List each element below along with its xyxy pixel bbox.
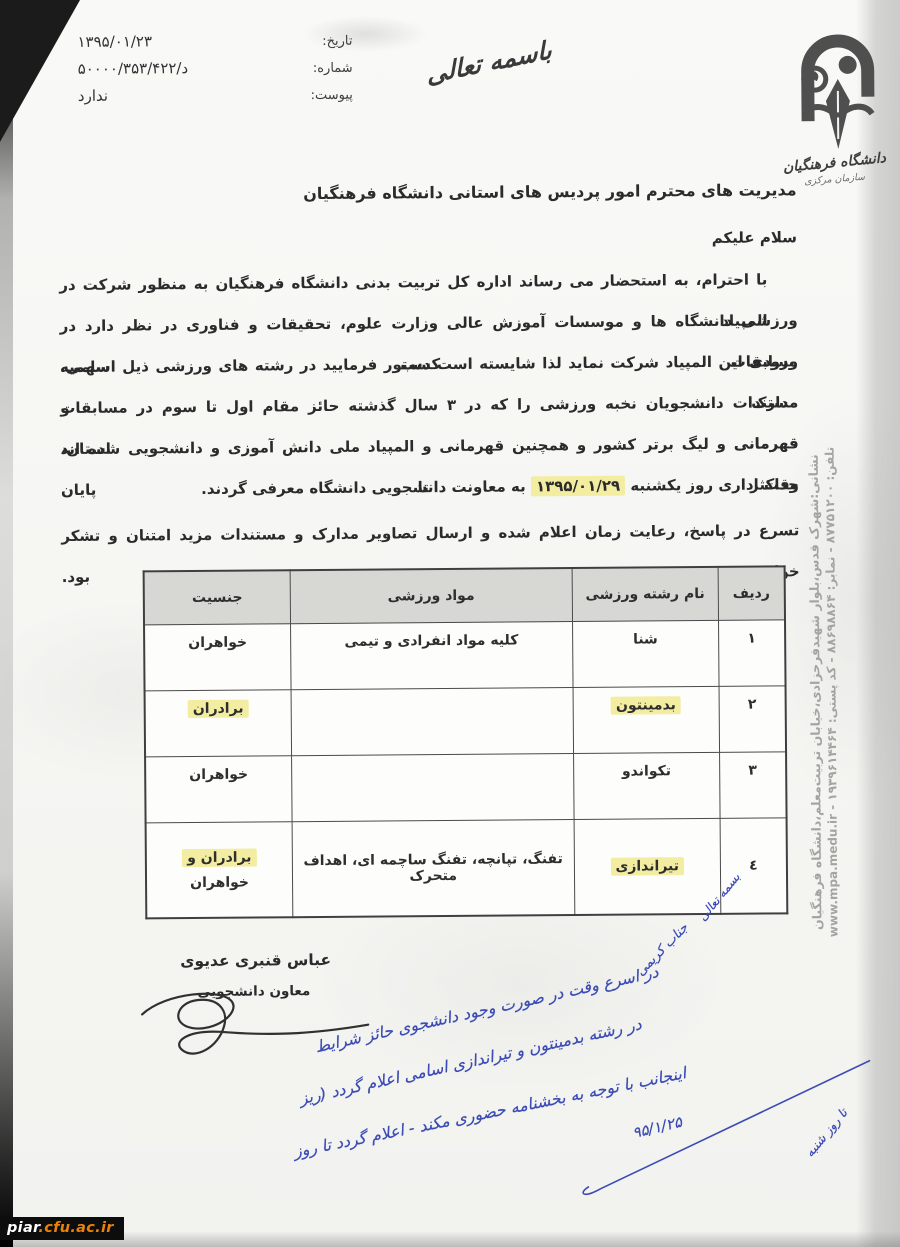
cell-sport: بدمینتون [573,686,720,753]
number-label: شماره: [313,61,353,76]
closing-line: تسرع در پاسخ، رعایت زمان اعلام شده و ارس… [61,510,799,557]
cell-row-number: ۲ [719,686,786,753]
cell-gender-second-line: خواهران [148,874,291,891]
handwritten-signature-icon [136,985,377,1072]
deadline-prefix: وقت اداری روز یکشنبه [625,475,799,494]
sports-disciplines-table: ردیف نام رشته ورزشی مواد ورزشی جنسیت ۱ ش… [143,565,789,919]
watermark-suffix: .cfu.ac.ir [38,1220,113,1236]
bismillah-calligraphy: باسمه تعالی [426,35,552,89]
header-gender: جنسیت [144,570,291,625]
cell-gender: خواهران [145,756,292,823]
cell-events [291,688,573,756]
university-emblem-icon [783,21,884,154]
cell-gender: برادران [145,690,292,757]
meta-date-row: تاریخ: ۱۳۹۵/۰۱/۲۳ [77,31,352,51]
letter-meta-block: تاریخ: ۱۳۹۵/۰۱/۲۳ شماره: د/۵۰۰۰۰/۳۵۳/۴۲۲… [77,31,353,114]
attachment-label: پیوست: [311,88,353,103]
table-row: ۳ تکواندو خواهران [145,752,786,823]
letterhead-address-vertical: نشانی:شهرک قدس،بلوار شهیدفرحزادی،خیابان … [804,381,843,1003]
body-line: با احترام، به استحضار می رساند اداره کل … [59,259,797,306]
cell-events [292,754,574,822]
deadline-suffix: به معاونت دانشجویی دانشگاه معرفی گردند. [201,477,531,498]
letter-content: تاریخ: ۱۳۹۵/۰۱/۲۳ شماره: د/۵۰۰۰۰/۳۵۳/۴۲۲… [0,0,900,1247]
letter-body: با احترام، به استحضار می رساند اداره کل … [59,259,799,557]
cell-row-number: ۳ [720,752,787,819]
attachment-value: ندارد [78,87,108,105]
date-label: تاریخ: [322,34,352,49]
number-value: د/۵۰۰۰۰/۳۵۳/۴۲۲ [78,59,189,78]
table-row: ۱ شنا کلیه مواد انفرادی و تیمی خواهران [144,620,785,691]
header-sport-name: نام رشته ورزشی [572,567,719,622]
scanned-letter-page: تاریخ: ۱۳۹۵/۰۱/۲۳ شماره: د/۵۰۰۰۰/۳۵۳/۴۲۲… [0,0,900,1247]
recipient-line: مدیریت های محترم امور پردیس های استانی د… [303,180,797,203]
cell-row-number: ٤ [720,818,787,914]
cell-gender: برادران و خواهران [146,822,293,919]
salutation-line: سلام علیکم [712,228,797,247]
site-watermark: piar.cfu.ac.ir [0,1217,124,1240]
table-row: ٤ تیراندازی تفنگ، تپانچه، تفنگ ساچمه ای،… [146,818,788,919]
meta-attachment-row: پیوست: ندارد [78,85,353,105]
cell-sport: شنا [572,620,719,687]
header-row-number: ردیف [718,566,785,620]
table-header-row: ردیف نام رشته ورزشی مواد ورزشی جنسیت [144,566,785,625]
highlighted-sport: تیراندازی [610,857,684,876]
cell-sport: تیراندازی [574,818,721,915]
watermark-prefix: piar [7,1220,38,1236]
scan-edge-left [0,0,13,1247]
cell-events: کلیه مواد انفرادی و تیمی [290,622,572,690]
signer-name: عباس قنبری عدیوی [171,951,341,970]
body-line: ورودی این المپیاد شرکت نماید لذا شایسته … [60,341,798,388]
handwritten-underline-stroke-icon [573,1045,879,1197]
highlighted-gender: برادران [188,700,249,718]
deadline-date-highlighted: ۱۳۹۵/۰۱/۲۹ [531,476,625,497]
body-line: قهرمانی و لیگ برتر کشور و همچنین قهرمانی… [60,423,798,470]
cell-events: تفنگ، تپانچه، تفنگ ساچمه ای، اهداف متحرک [292,820,574,918]
meta-number-row: شماره: د/۵۰۰۰۰/۳۵۳/۴۲۲ [78,58,353,78]
date-value: ۱۳۹۵/۰۱/۲۳ [77,32,152,51]
highlighted-gender: برادران و [182,848,256,867]
university-logo-block: دانشگاه فرهنگیان سازمان مرکزی [776,21,891,186]
body-line: مستندات دانشجویان نخبه ورزشی را که در ۳ … [60,382,798,429]
table-row: ۲ بدمینتون برادران [145,686,786,757]
header-sport-events: مواد ورزشی [290,568,572,624]
cell-row-number: ۱ [718,620,785,687]
cell-gender: خواهران [144,624,291,691]
body-line: ورزشی دانشگاه ها و موسسات آموزش عالی وزا… [60,300,798,347]
cell-sport: تکواندو [573,752,720,819]
highlighted-sport: بدمینتون [611,696,681,715]
